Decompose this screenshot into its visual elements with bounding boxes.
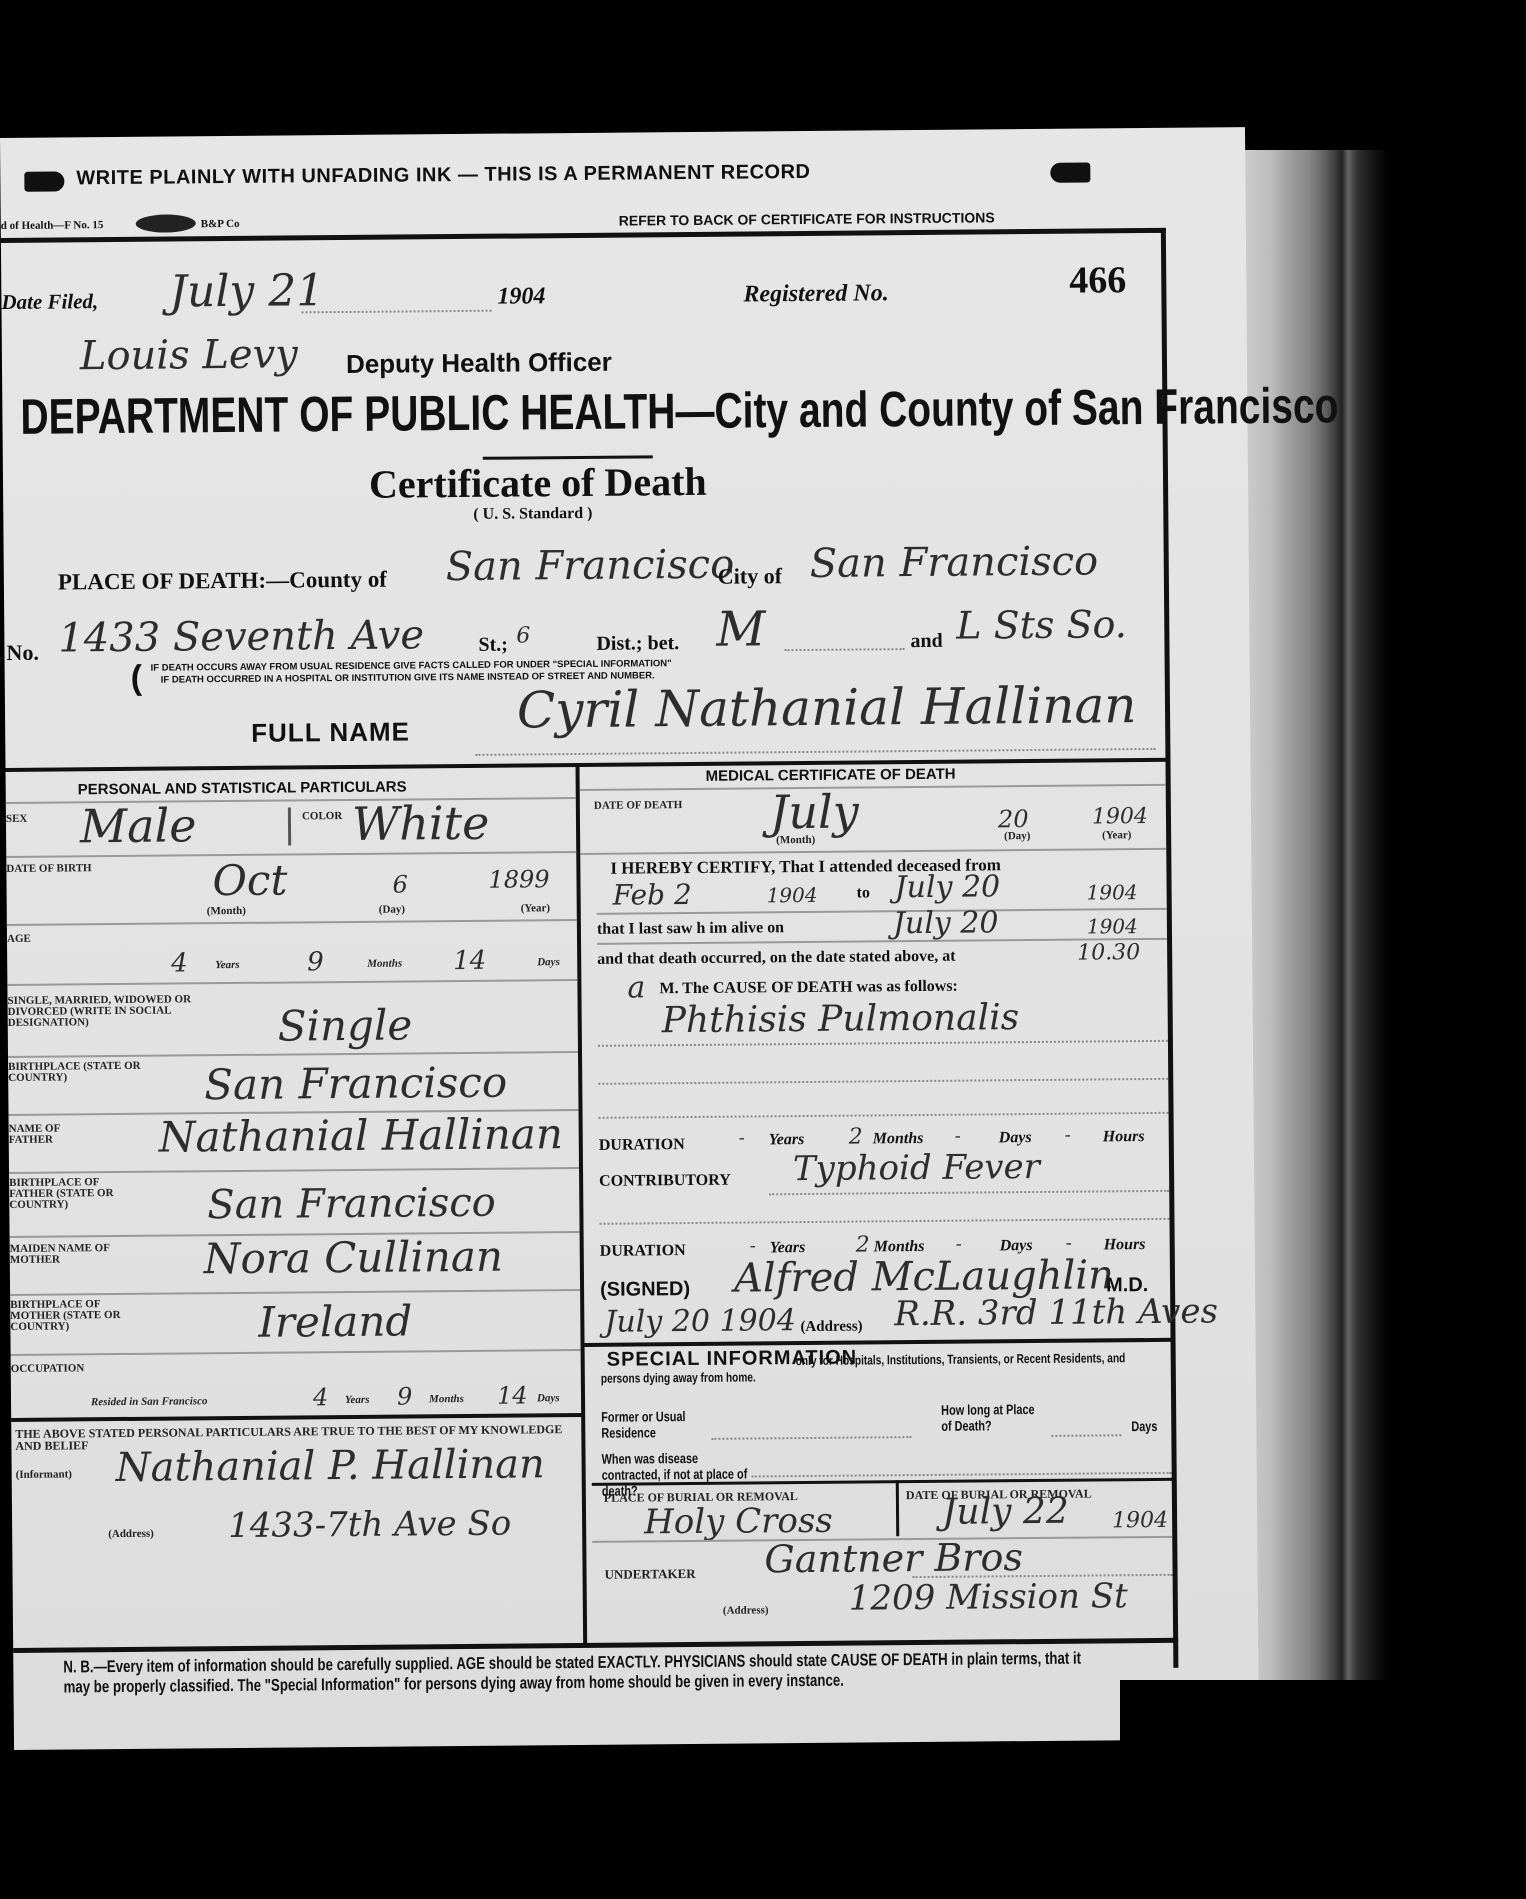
fill-line [711,1436,911,1441]
resided-label: Resided in San Francisco [91,1396,208,1408]
dod-month: July [770,785,859,840]
dod-month-caption: (Month) [776,835,815,846]
cause-text: M. The CAUSE OF DEATH was as follows: [659,978,958,999]
dist-between-label: Dist.; bet. [596,632,679,656]
duration1-years-caption: Years [769,1131,805,1149]
undertaker-label: UNDERTAKER [605,1568,696,1580]
duration1-hours: - [1065,1125,1071,1146]
signed-date: July 20 1904 [604,1303,796,1340]
district-value: 6 [516,623,530,648]
dod-year-caption: (Year) [1102,830,1131,841]
birthplace-value: San Francisco [204,1058,507,1110]
occurred-text: and that death occurred, on the date sta… [597,948,956,969]
printer-seal-icon [136,214,196,233]
occupation-label: OCCUPATION [11,1363,85,1375]
last-saw-text: that I last saw h im alive on [597,919,784,939]
date-filed-value: July 21 [169,265,324,317]
mother-birthplace-value: Ireland [258,1296,412,1346]
age-months: 9 [307,947,324,977]
street-address-value: 1433 Seventh Ave [58,612,424,661]
color-label: COLOR [302,811,342,822]
duration1-months-caption: Months [873,1130,924,1148]
months-caption: Months [367,959,402,970]
last-saw-year: 1904 [1087,914,1138,938]
dod-day: 20 [998,805,1029,833]
dark-background [1120,1680,1526,1899]
month-caption: (Month) [207,906,246,917]
certificate-subtitle: ( U. S. Standard ) [473,505,592,524]
attended-from-year: 1904 [767,883,818,907]
time-of-death: 10.30 [1077,940,1140,966]
resided-months: 9 [397,1382,413,1410]
duration1-days: - [955,1126,961,1147]
department-heading: DEPARTMENT OF PUBLIC HEALTH—City and Cou… [20,376,1339,446]
age-years: 4 [171,948,188,978]
father-value: Nathanial Hallinan [159,1109,564,1162]
signed-label: (SIGNED) [600,1278,690,1302]
personal-heading: PERSONAL AND STATISTICAL PARTICULARS [78,778,407,798]
attended-to: July 20 [894,869,1000,905]
color-value: White [352,796,490,851]
city-value: San Francisco [810,538,1099,587]
date-filed-label: Date Filed, [1,289,98,315]
attended-to-year: 1904 [1087,880,1138,904]
cause-value: Phthisis Pulmonalis [662,997,1020,1041]
burial-date-value: July 22 [942,1491,1069,1533]
between-street-2: L Sts So. [956,602,1127,647]
father-birthplace-label: BIRTHPLACE OF FATHER (State or Country) [9,1177,129,1211]
dob-month: Oct [212,856,287,906]
contributory-label: CONTRIBUTORY [599,1172,731,1191]
resided-months-caption: Months [429,1394,464,1405]
duration2-years: - [750,1235,756,1256]
section-rule [11,1413,583,1422]
to-label: to [857,884,870,902]
father-birthplace-value: San Francisco [207,1180,496,1229]
duration2-days: - [956,1234,962,1255]
full-name-label: FULL NAME [251,716,410,748]
mother-birthplace-label: BIRTHPLACE OF MOTHER (State or Country) [10,1299,140,1333]
year-caption: (Year) [521,903,550,914]
row-line [10,1289,580,1296]
fill-line [475,748,1155,757]
row-line [7,919,577,926]
duration1-days-caption: Days [999,1129,1032,1147]
years-caption: Years [215,960,240,971]
duration1-hours-caption: Hours [1103,1128,1145,1146]
form-id: d of Health—F No. 15 [1,219,104,232]
registered-number: 466 [1069,258,1126,302]
birthplace-label: BIRTHPLACE (State or Country) [8,1061,148,1084]
sex-value: Male [80,798,197,853]
duration-label: DURATION [599,1136,685,1155]
fill-line [599,1112,1169,1120]
between-street-1: M [716,601,766,657]
duration2-hours: - [1066,1233,1072,1254]
street-no-label: No. [6,640,39,666]
days-caption: Days [537,957,560,968]
place-of-death-label: PLACE OF DEATH:—County of [58,567,387,596]
duration1-years: - [739,1128,745,1149]
marital-label: SINGLE, MARRIED, WIDOWED OR DIVORCED (Wr… [7,994,217,1029]
dob-year: 1899 [488,865,549,894]
officer-signature: Louis Levy [80,331,298,379]
st-label: St.; [478,634,508,657]
informant-address-label: (Address) [108,1529,154,1540]
former-residence-label: Former or Usual Residence [601,1408,703,1441]
refer-instructions: REFER TO BACK OF CERTIFICATE FOR INSTRUC… [619,209,995,228]
fill-line [769,1190,1169,1196]
row-line [7,979,577,986]
last-saw-date: July 20 [893,905,999,941]
resided-days: 14 [497,1381,528,1409]
frame-right-rule [1161,228,1179,1668]
undertaker-address-value: 1209 Mission St [849,1576,1128,1618]
full-name-value: Cyril Nathanial Hallinan [517,676,1137,739]
marital-value: Single [278,1000,413,1050]
how-long-label: How long at Place of Death? [941,1401,1043,1434]
informant-address-value: 1433-7th Ave So [228,1504,511,1546]
pointing-hand-icon [1050,162,1090,182]
death-certificate-page: WRITE PLAINLY WITH UNFADING INK — THIS I… [0,127,1259,1750]
undertaker-address-label: (Address) [723,1605,769,1616]
resided-years-caption: Years [345,1395,370,1406]
father-label: NAME OF FATHER [9,1123,99,1146]
row-line [580,848,1166,855]
printer-name: B&P Co [201,218,240,230]
officer-title: Deputy Health Officer [346,347,612,380]
mother-label: MAIDEN NAME OF MOTHER [10,1243,140,1266]
physician-address: R.R. 3rd 11th Aves [894,1291,1218,1334]
am-pm: a [627,970,645,1005]
fill-line [599,1218,1169,1226]
day-caption: (Day) [379,904,405,915]
column-divider [575,765,587,1645]
dod-day-caption: (Day) [1004,831,1030,842]
certificate-title: Certificate of Death [369,458,707,508]
dob-day: 6 [392,870,408,898]
special-info-note: only for Hospitals, Institutions, Transi… [601,1350,1163,1387]
fill-line [598,1078,1168,1086]
medical-heading: MEDICAL CERTIFICATE OF DEATH [706,766,956,785]
undertaker-value: Gantner Bros [764,1535,1023,1581]
sex-label: SEX [6,814,28,825]
fill-line [302,310,492,315]
county-value: San Francisco [446,542,735,591]
burial-divider [896,1480,899,1536]
informant-label: (Informant) [16,1469,72,1480]
dod-year: 1904 [1092,804,1148,829]
how-long-days-label: Days [1131,1418,1157,1434]
resided-years: 4 [313,1383,329,1411]
pointing-hand-icon [24,171,64,191]
fill-line [1051,1434,1121,1438]
age-days: 14 [453,946,486,976]
date-filed-year: 1904 [497,283,545,310]
row-line [9,1167,579,1174]
dob-label: DATE OF BIRTH [6,863,91,875]
mother-value: Nora Cullinan [204,1232,504,1284]
age-label: AGE [7,934,31,945]
duration2-label: DURATION [600,1242,686,1261]
city-label: City of [718,563,782,590]
fill-line [784,648,904,652]
contributory-value: Typhoid Fever [793,1147,1040,1189]
permanent-record-notice: WRITE PLAINLY WITH UNFADING INK — THIS I… [76,161,810,190]
dod-label: DATE OF DEATH [594,800,683,812]
attended-from: Feb 2 [612,878,691,912]
burial-year-value: 1904 [1112,1508,1168,1533]
footnote: N. B.—Every item of information should b… [63,1649,1093,1698]
physician-address-label: (Address) [800,1319,862,1337]
row-line [580,784,1166,791]
sex-color-divider [288,807,291,845]
duration1-months: 2 [849,1125,863,1150]
resided-days-caption: Days [537,1393,560,1404]
section-rule [5,758,1170,772]
informant-value: Nathanial P. Hallinan [115,1441,545,1491]
registered-label: Registered No. [743,280,889,308]
row-line [11,1349,581,1356]
and-label: and [910,630,942,653]
note-open-paren: ( [131,659,143,698]
